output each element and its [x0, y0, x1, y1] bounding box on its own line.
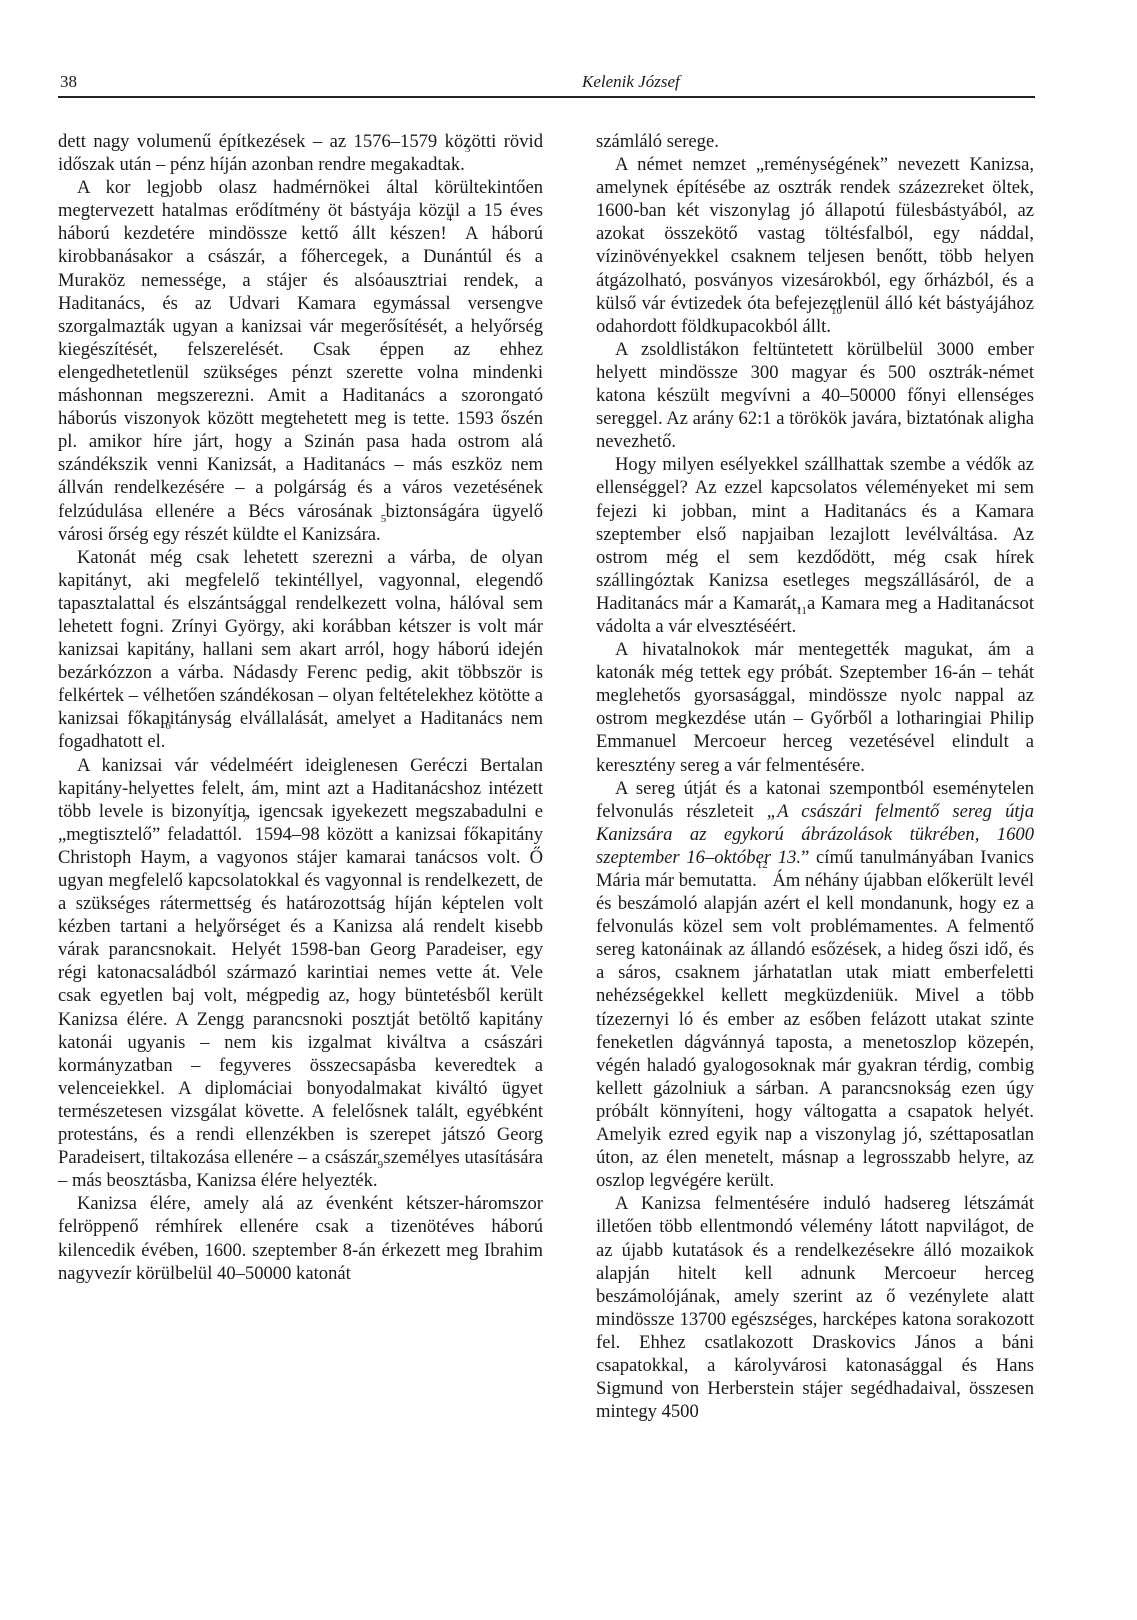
- footnote-ref: 5: [381, 513, 387, 525]
- footnote-ref: 4: [447, 212, 453, 224]
- footnote-ref: 10: [831, 305, 842, 317]
- paragraph-text: A Kanizsa felmentésére induló hadsereg l…: [596, 1193, 1034, 1422]
- paragraph: számláló serege.: [596, 130, 1034, 153]
- paragraph-text: Helyét 1598-ban Georg Paradeiser, egy ré…: [58, 939, 543, 1191]
- paragraph-text: Kanizsa élére, amely alá az évenként két…: [58, 1193, 543, 1283]
- paragraph-text: Ám néhány újabban előkerült levél és bes…: [596, 870, 1034, 1191]
- paragraph: A kanizsai vár védelméért ideiglenesen G…: [58, 754, 543, 1193]
- paragraph: A német nemzet „reménységének” nevezett …: [596, 153, 1034, 338]
- footnote-ref: 9: [378, 1159, 384, 1171]
- page-header: 38 Kelenik József: [58, 68, 1035, 98]
- page-number: 38: [60, 72, 77, 92]
- paragraph-text: A zsoldlistákon feltüntetett körülbelül …: [596, 339, 1034, 452]
- footnote-ref: 7: [242, 813, 248, 825]
- paragraph-text: A német nemzet „reménységének” nevezett …: [596, 154, 1034, 337]
- paragraph: A zsoldlistákon feltüntetett körülbelül …: [596, 338, 1034, 453]
- footnote-ref: 3: [465, 143, 471, 155]
- paragraph: Katonát még csak lehetett szerezni a vár…: [58, 546, 543, 754]
- footnote-ref: 6: [165, 720, 171, 732]
- paragraph-text: Katonát még csak lehetett szerezni a vár…: [58, 547, 543, 753]
- footnote-ref: 8: [217, 928, 223, 940]
- paragraph: A hivatalnokok már mentegették magukat, …: [596, 638, 1034, 777]
- paragraph: A sereg útját és a katonai szempontból e…: [596, 777, 1034, 1193]
- paragraph: Hogy milyen esélyekkel szállhattak szemb…: [596, 453, 1034, 638]
- paragraph-text: Hogy milyen esélyekkel szállhattak szemb…: [596, 454, 1034, 637]
- paragraph-text: dett nagy volumenű építkezések – az 1576…: [58, 131, 543, 175]
- footnote-ref: 11: [796, 605, 807, 617]
- right-column: számláló serege. A német nemzet „reménys…: [596, 130, 1034, 1423]
- paragraph-text: A hivatalnokok már mentegették magukat, …: [596, 639, 1034, 775]
- running-head-author: Kelenik József: [582, 72, 680, 92]
- paragraph-text: számláló serege.: [596, 131, 719, 152]
- paragraph: A kor legjobb olasz hadmérnökei által kö…: [58, 176, 543, 546]
- paragraph: A Kanizsa felmentésére induló hadsereg l…: [596, 1192, 1034, 1423]
- left-column: dett nagy volumenű építkezések – az 1576…: [58, 130, 543, 1285]
- paragraph: dett nagy volumenű építkezések – az 1576…: [58, 130, 543, 176]
- paragraph: Kanizsa élére, amely alá az évenként két…: [58, 1192, 543, 1284]
- footnote-ref: 12: [757, 859, 768, 871]
- paragraph-text: A háború kirobbanásakor a császár, a főh…: [58, 223, 543, 544]
